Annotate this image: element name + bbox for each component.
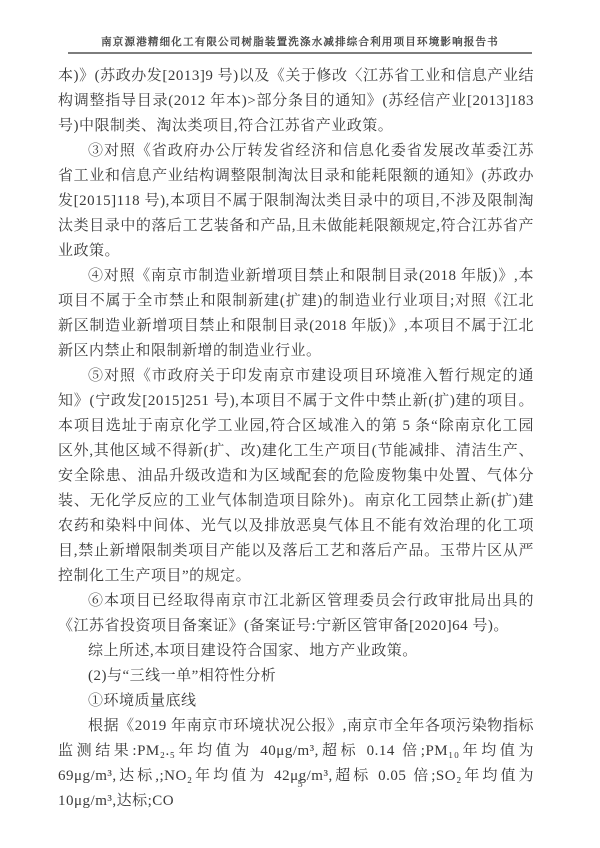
paragraph: ⑤对照《市政府关于印发南京市建设项目环境准入暂行规定的通知》(宁政发[2015]…	[58, 364, 534, 589]
paragraph: (2)与“三线一单”相符性分析	[58, 664, 534, 689]
paragraph: 本)》(苏政办发[2013]9 号)以及《关于修改〈江苏省工业和信息产业结构调整…	[58, 64, 534, 139]
paragraph: ③对照《省政府办公厅转发省经济和信息化委省发展改革委江苏省工业和信息产业结构调整…	[58, 139, 534, 264]
page-number: 5	[0, 778, 600, 790]
paragraph: ⑥本项目已经取得南京市江北新区管理委员会行政审批局出具的《江苏省投资项目备案证》…	[58, 589, 534, 639]
paragraph: 综上所述,本项目建设符合国家、地方产业政策。	[58, 639, 534, 664]
page-header-title: 南京源港精细化工有限公司树脂装置洗涤水减排综合利用项目环境影响报告书	[68, 34, 532, 49]
document-page: 南京源港精细化工有限公司树脂装置洗涤水减排综合利用项目环境影响报告书 本)》(苏…	[0, 0, 600, 848]
header-divider	[68, 52, 532, 54]
paragraph: 根据《2019 年南京市环境状况公报》,南京市全年各项污染物指标监测结果:PM₂…	[58, 714, 534, 814]
paragraph: ①环境质量底线	[58, 689, 534, 714]
document-body: 本)》(苏政办发[2013]9 号)以及《关于修改〈江苏省工业和信息产业结构调整…	[58, 64, 534, 814]
paragraph: ④对照《南京市制造业新增项目禁止和限制目录(2018 年版)》,本项目不属于全市…	[58, 264, 534, 364]
